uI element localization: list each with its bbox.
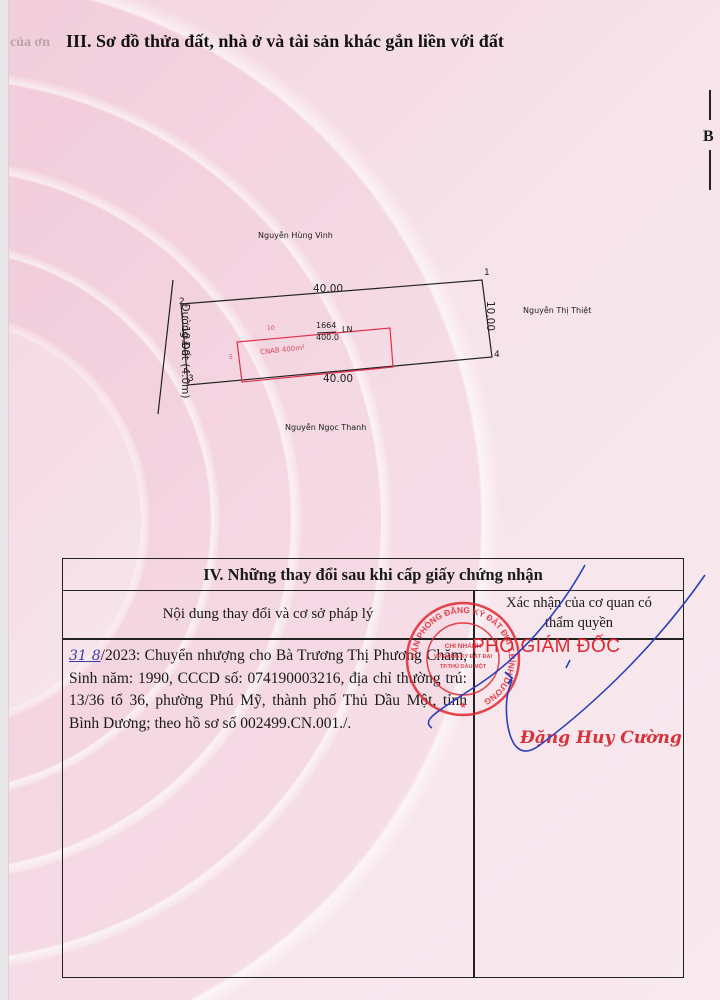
neighbor-east: Nguyễn Thị Thiệt bbox=[523, 306, 591, 315]
point-2: 2 bbox=[179, 297, 185, 307]
table-title: IV. Những thay đổi sau khi cấp giấy chứn… bbox=[63, 559, 683, 591]
neighbor-south: Nguyễn Ngọc Thanh bbox=[285, 423, 366, 432]
neighbor-north: Nguyễn Hùng Vinh bbox=[258, 231, 333, 240]
svg-text:VP ĐĂNG KÝ ĐẤT ĐAI: VP ĐĂNG KÝ ĐẤT ĐAI bbox=[434, 653, 492, 660]
land-type: LN bbox=[342, 325, 352, 334]
handwritten-side: 5 bbox=[229, 354, 233, 361]
entry-date-handwritten: 31 8 bbox=[69, 648, 101, 664]
edge-left-length: 10.00 bbox=[179, 326, 191, 356]
official-stamp: VĂN PHÒNG ĐĂNG KÝ ĐẤT ĐAI T.BÌNH DƯƠNG C… bbox=[404, 600, 522, 718]
svg-text:TP.THỦ DẦU MỘT: TP.THỦ DẦU MỘT bbox=[440, 662, 487, 670]
changes-table: IV. Những thay đổi sau khi cấp giấy chứn… bbox=[62, 558, 684, 978]
svg-text:CHI NHÁNH: CHI NHÁNH bbox=[445, 641, 482, 650]
svg-text:★: ★ bbox=[459, 700, 467, 710]
handwritten-top: 10 bbox=[267, 325, 275, 332]
parcel-number: 1664 bbox=[316, 321, 336, 330]
parcel-area: 400.0 bbox=[316, 333, 339, 342]
edge-top-length: 40.00 bbox=[313, 283, 343, 295]
point-4: 4 bbox=[494, 350, 500, 360]
point-3: 3 bbox=[188, 374, 194, 384]
edge-right-length: 10.00 bbox=[484, 301, 496, 331]
edge-bottom-length: 40.00 bbox=[323, 373, 353, 385]
point-1: 1 bbox=[484, 268, 490, 278]
land-plot-diagram: Nguyễn Hùng Vinh Nguyễn Thị Thiệt Nguyễn… bbox=[0, 0, 720, 500]
signer-name: Đặng Huy Cường bbox=[520, 728, 682, 748]
